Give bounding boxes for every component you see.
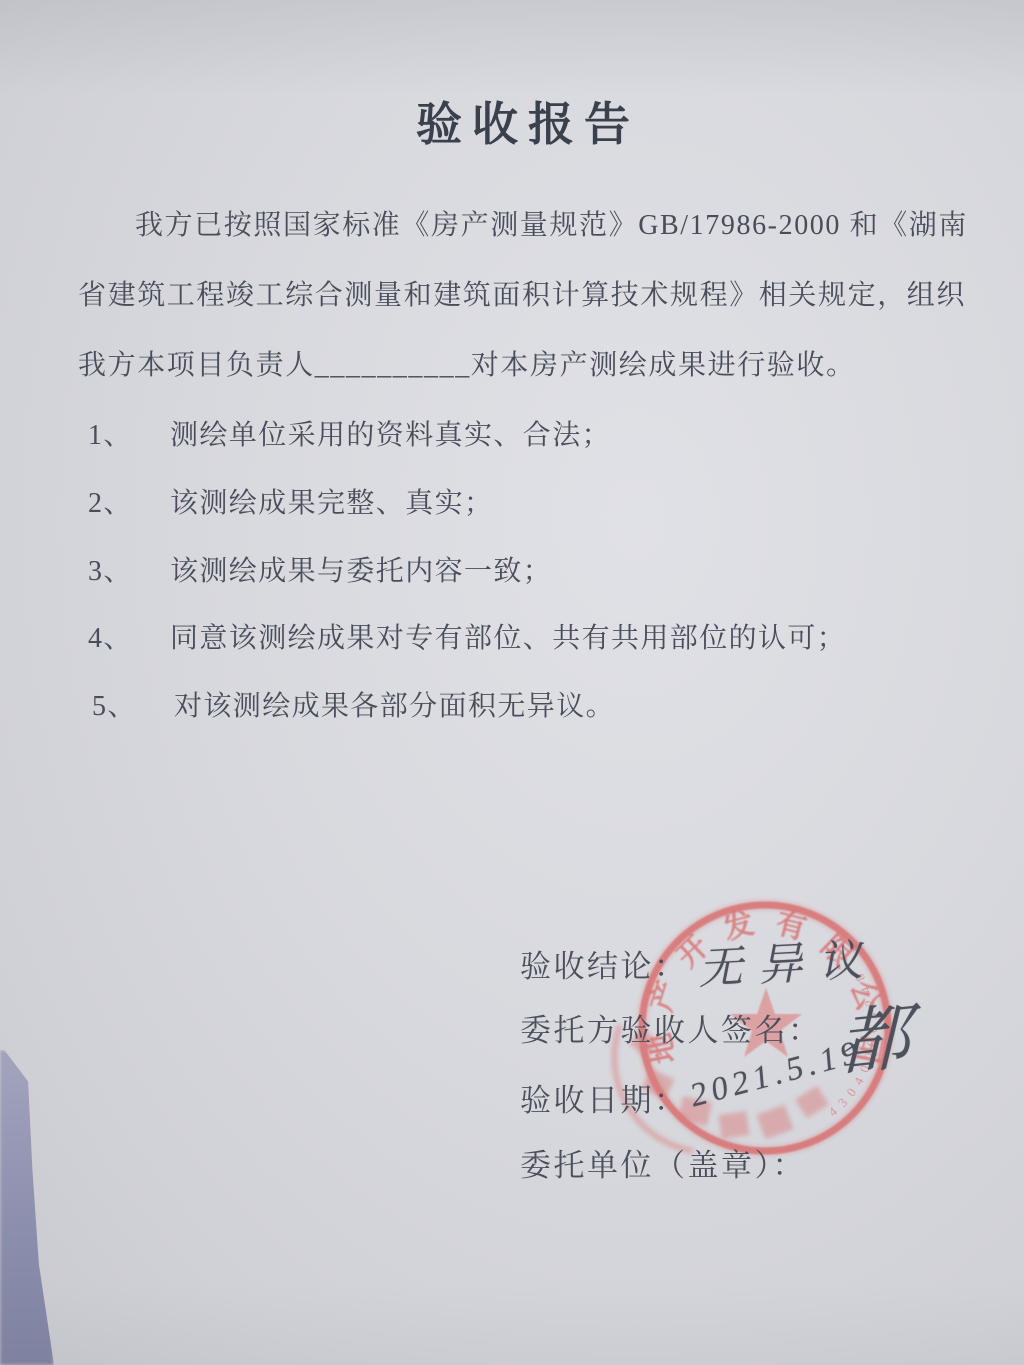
- list-item-1-text: 测绘单位采用的资料真实、合法；: [170, 413, 611, 453]
- list-item-2-number: 2、: [88, 481, 133, 521]
- report-title: 验收报告: [0, 88, 1024, 154]
- date-label: 验收日期：: [520, 1083, 688, 1118]
- list-item-2-text: 该测绘成果完整、真实；: [170, 481, 493, 521]
- conclusion-label: 验收结论：: [520, 949, 688, 984]
- stamp-unit-row: 委托单位（盖章）：: [520, 1140, 806, 1185]
- signer-row: 委托方验收人签名：: [520, 1005, 822, 1050]
- list-item-1-number: 1、: [88, 413, 133, 453]
- list-item-3-number: 3、: [88, 549, 133, 589]
- intro-line-1: 我方已按照国家标准《房产测量规范》GB/17986-2000 和《湖南: [135, 203, 968, 243]
- list-item-4-number: 4、: [88, 616, 133, 656]
- document-photo: 验收报告 我方已按照国家标准《房产测量规范》GB/17986-2000 和《湖南…: [0, 0, 1024, 1365]
- signer-label: 委托方验收人签名：: [520, 1013, 822, 1048]
- background-surface-edge: [0, 1050, 54, 1365]
- intro-line-2: 省建筑工程竣工综合测量和建筑面积计算技术规程》相关规定，组织: [78, 273, 966, 313]
- stamp-unit-label: 委托单位（盖章）：: [520, 1148, 806, 1183]
- intro-line-3: 我方本项目负责人__________对本房产测绘成果进行验收。: [78, 343, 856, 383]
- date-row: 验收日期：: [520, 1075, 688, 1120]
- list-item-3-text: 该测绘成果与委托内容一致；: [170, 549, 552, 589]
- conclusion-row: 验收结论：: [520, 941, 688, 986]
- list-item-5-text: 对该测绘成果各部分面积无异议。: [174, 684, 615, 724]
- list-item-4-text: 同意该测绘成果对专有部位、共有共用部位的认可；: [170, 616, 846, 656]
- list-item-5-number: 5、: [92, 684, 137, 724]
